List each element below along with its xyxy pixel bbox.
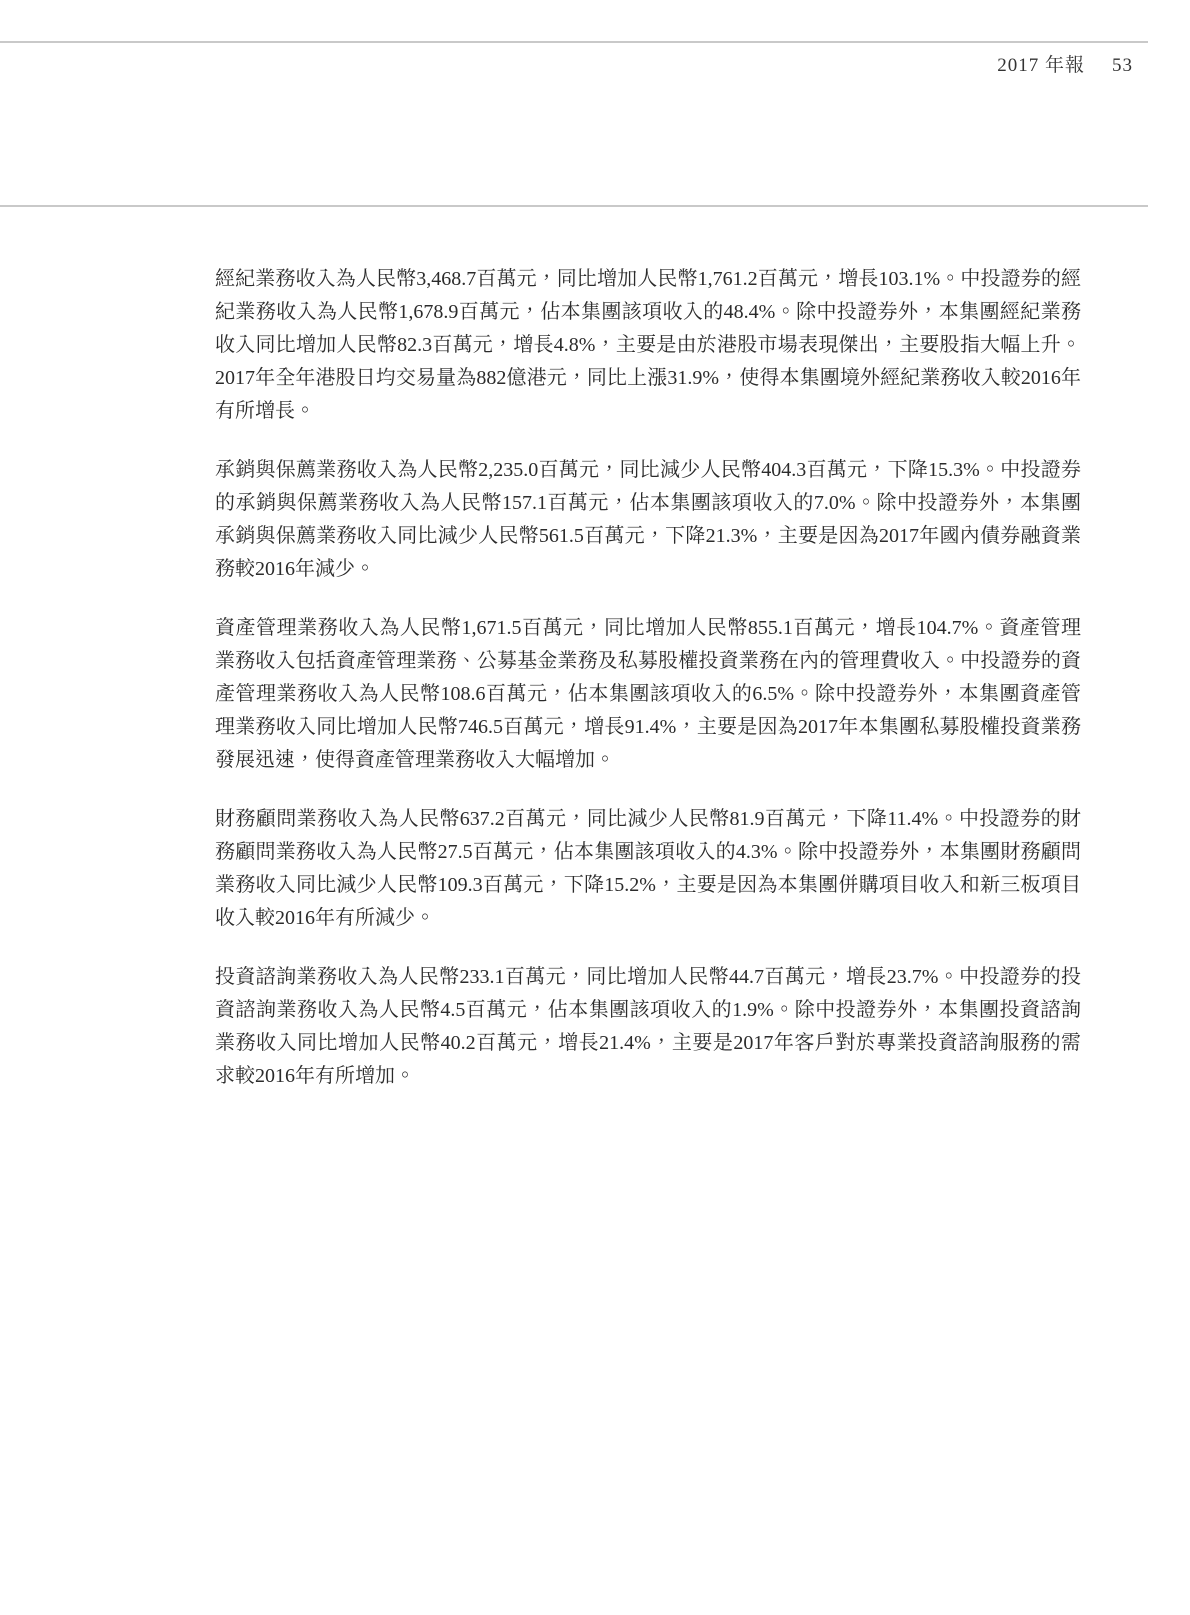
- paragraph-asset-management-revenue: 資產管理業務收入為人民幣1,671.5百萬元，同比增加人民幣855.1百萬元，增…: [215, 612, 1081, 777]
- paragraph-underwriting-sponsorship-revenue: 承銷與保薦業務收入為人民幣2,235.0百萬元，同比減少人民幣404.3百萬元，…: [215, 454, 1081, 586]
- report-title: 2017 年報: [997, 50, 1085, 77]
- header-bottom-rule: [0, 205, 1148, 207]
- paragraph-financial-advisory-revenue: 財務顧問業務收入為人民幣637.2百萬元，同比減少人民幣81.9百萬元，下降11…: [215, 803, 1081, 935]
- report-page: 2017 年報 53 經紀業務收入為人民幣3,468.7百萬元，同比增加人民幣1…: [0, 0, 1190, 1615]
- page-header: 2017 年報 53: [0, 50, 1133, 77]
- paragraph-brokerage-revenue: 經紀業務收入為人民幣3,468.7百萬元，同比增加人民幣1,761.2百萬元，增…: [215, 263, 1081, 428]
- header-top-rule: [0, 41, 1148, 43]
- page-number: 53: [1112, 55, 1133, 77]
- body-text: 經紀業務收入為人民幣3,468.7百萬元，同比增加人民幣1,761.2百萬元，增…: [215, 263, 1081, 1093]
- paragraph-investment-consulting-revenue: 投資諮詢業務收入為人民幣233.1百萬元，同比增加人民幣44.7百萬元，增長23…: [215, 961, 1081, 1093]
